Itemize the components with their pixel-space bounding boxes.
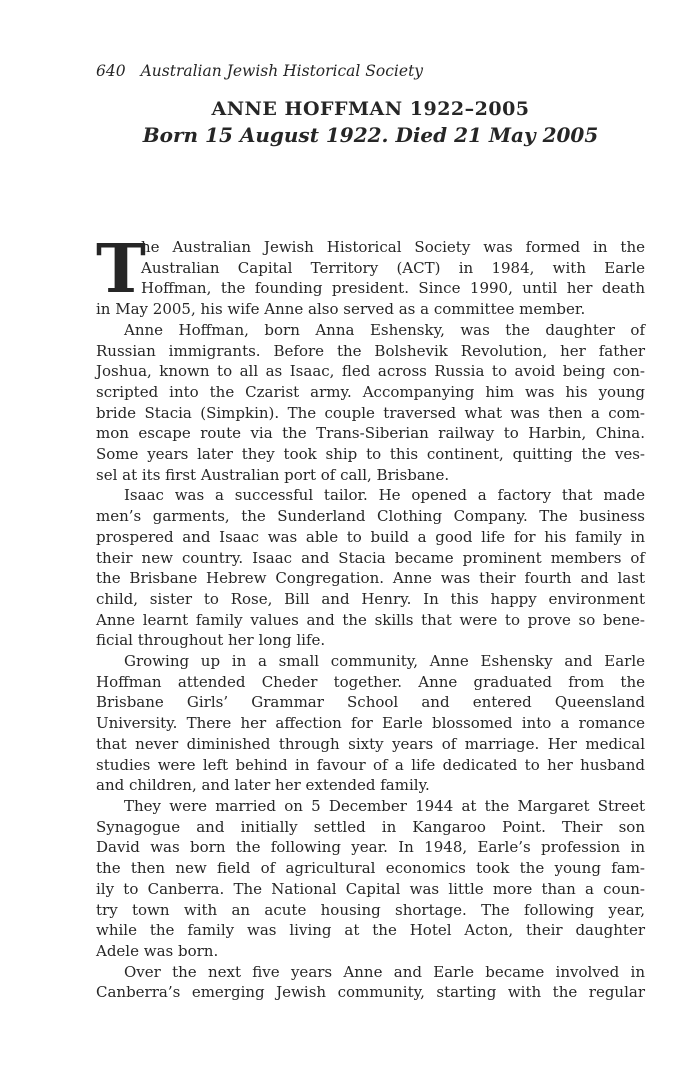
text-line: Growing up in a small community, Anne Es…: [96, 651, 645, 672]
text-line: David was born the following year. In 19…: [96, 837, 645, 858]
text-line: in May 2005, his wife Anne also served a…: [96, 299, 645, 320]
text-line: Over the next five years Anne and Earle …: [96, 962, 645, 983]
running-header: 640Australian Jewish Historical Society: [96, 62, 423, 80]
text-line: Anne learnt family values and the skills…: [96, 610, 645, 631]
text-line: he Australian Jewish Historical Society …: [96, 237, 645, 258]
text-line: prospered and Isaac was able to build a …: [96, 527, 645, 548]
text-line: their new country. Isaac and Stacia beca…: [96, 548, 645, 569]
text-line: Some years later they took ship to this …: [96, 444, 645, 465]
text-line: Russian immigrants. Before the Bolshevik…: [96, 341, 645, 362]
text-line: and children, and later her extended fam…: [96, 775, 645, 796]
text-line: Adele was born.: [96, 941, 645, 962]
text-line: They were married on 5 December 1944 at …: [96, 796, 645, 817]
drop-cap: T: [96, 242, 141, 299]
text-line: that never diminished through sixty year…: [96, 734, 645, 755]
text-line: Joshua, known to all as Isaac, fled acro…: [96, 361, 645, 382]
journal-title: Australian Jewish Historical Society: [141, 62, 423, 80]
paragraph: Over the next five years Anne and Earle …: [96, 962, 645, 1003]
paragraph: The Australian Jewish Historical Society…: [96, 237, 645, 320]
text-line: the Brisbane Hebrew Congregation. Anne w…: [96, 568, 645, 589]
text-line: bride Stacia (Simpkin). The couple trave…: [96, 403, 645, 424]
text-line: studies were left behind in favour of a …: [96, 755, 645, 776]
text-line: try town with an acute housing shortage.…: [96, 900, 645, 921]
text-line: while the family was living at the Hotel…: [96, 920, 645, 941]
paragraph: Isaac was a successful tailor. He opened…: [96, 485, 645, 651]
text-line: Isaac was a successful tailor. He opened…: [96, 485, 645, 506]
text-line: Brisbane Girls’ Grammar School and enter…: [96, 692, 645, 713]
text-line: ily to Canberra. The National Capital wa…: [96, 879, 645, 900]
text-line: University. There her affection for Earl…: [96, 713, 645, 734]
text-line: Australian Capital Territory (ACT) in 19…: [96, 258, 645, 279]
paragraph: They were married on 5 December 1944 at …: [96, 796, 645, 962]
text-line: scripted into the Czarist army. Accompan…: [96, 382, 645, 403]
text-line: child, sister to Rose, Bill and Henry. I…: [96, 589, 645, 610]
text-line: the then new field of agricultural econo…: [96, 858, 645, 879]
page-number: 640: [96, 62, 126, 80]
article-subtitle: Born 15 August 1922. Died 21 May 2005: [96, 123, 645, 147]
article-title: ANNE HOFFMAN 1922–2005: [96, 98, 645, 121]
text-line: ficial throughout her long life.: [96, 630, 645, 651]
text-line: mon escape route via the Trans-Siberian …: [96, 423, 645, 444]
paragraph: Anne Hoffman, born Anna Eshensky, was th…: [96, 320, 645, 486]
paragraph: Growing up in a small community, Anne Es…: [96, 651, 645, 796]
text-line: Canberra’s emerging Jewish community, st…: [96, 982, 645, 1003]
text-line: Anne Hoffman, born Anna Eshensky, was th…: [96, 320, 645, 341]
article-body: The Australian Jewish Historical Society…: [96, 237, 645, 1003]
text-line: Synagogue and initially settled in Kanga…: [96, 817, 645, 838]
document-page: 640Australian Jewish Historical Society …: [0, 0, 700, 1081]
text-line: Hoffman attended Cheder together. Anne g…: [96, 672, 645, 693]
text-line: men’s garments, the Sunderland Clothing …: [96, 506, 645, 527]
text-line: Hoffman, the founding president. Since 1…: [96, 278, 645, 299]
text-line: sel at its first Australian port of call…: [96, 465, 645, 486]
